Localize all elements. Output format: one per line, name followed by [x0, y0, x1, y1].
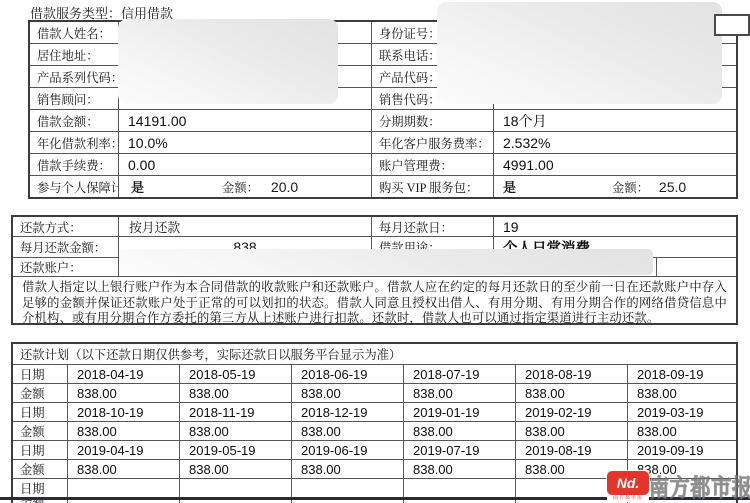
schedule-title: 还款计划（以下还款日期仅供参考，实际还款日以服务平台显示为准） [13, 344, 736, 364]
field-label: 年化客户服务费率： [372, 132, 494, 153]
amount-cell: 838.00 [292, 460, 404, 478]
amount-cell: 838.00 [68, 460, 180, 478]
date-cell: 2018-12-19 [292, 403, 404, 421]
amount-cell: 838.00 [68, 422, 180, 440]
table-row: 借款手续费： 0.00 账户管理费： 4991.00 [30, 154, 736, 176]
amount-cell: 838.00 [180, 384, 292, 402]
date-cell: 2018-11-19 [180, 403, 292, 421]
field-label: 借款手续费： [30, 154, 119, 175]
date-cell: 2019-09-19 [628, 441, 736, 459]
date-cell [404, 479, 516, 497]
date-cell: 2018-08-19 [516, 365, 628, 383]
field-label: 产品系列代码： [30, 66, 119, 87]
amount-cell: 838.00 [180, 460, 292, 478]
amount-cell: 838.00 [404, 422, 516, 440]
table-row: 借款金额： 14191.00 分期期数： 18个月 [30, 110, 736, 132]
date-row-label: 日期 [13, 403, 68, 421]
field-label: 借款人姓名： [30, 22, 119, 43]
field-value: 是 金额： 25.0 [494, 176, 736, 197]
amount-cell: 838.00 [68, 384, 180, 402]
notice-paragraph: 借款人指定以上银行账户作为本合同借款的收款账户和还款账户。借款人应在约定的每月还… [13, 277, 736, 327]
field-value: 0.00 [119, 154, 372, 175]
field-label: 每月还款日： [372, 217, 494, 236]
loan-contract-page: 借款服务类型：信用借款 借款人姓名： 身份证号： 居住地址： 联系电话： 产品系… [0, 0, 750, 503]
date-cell [68, 479, 180, 497]
field-value: 10.0% [119, 132, 372, 153]
nandu-logo: Nd. 南方都市报 [607, 471, 649, 502]
amount-cell: 838.00 [628, 384, 736, 402]
field-value: 4991.00 [494, 154, 736, 175]
field-value: 18个月 [494, 110, 736, 131]
date-row-label: 日期 [13, 479, 68, 497]
field-value: 14191.00 [119, 110, 372, 131]
amount-cell: 838.00 [292, 384, 404, 402]
date-cell: 2018-05-19 [180, 365, 292, 383]
field-value: 按月还款 [119, 217, 372, 236]
date-cell: 2018-10-19 [68, 403, 180, 421]
table-row: 日期 2018-10-19 2018-11-19 2018-12-19 2019… [13, 403, 736, 422]
field-value: 2.532% [494, 132, 736, 153]
amount-value: 20.0 [271, 179, 298, 195]
date-cell: 2018-06-19 [292, 365, 404, 383]
table-row: 借款人指定以上银行账户作为本合同借款的收款账户和还款账户。借款人应在约定的每月还… [13, 277, 736, 327]
date-cell: 2019-07-19 [404, 441, 516, 459]
vip-flag: 是 [503, 177, 516, 196]
field-label: 账户管理费： [372, 154, 494, 175]
date-cell [180, 479, 292, 497]
redaction-overlay-name [118, 19, 338, 104]
amount-row-label: 金额 [13, 422, 68, 440]
field-label: 还款方式： [13, 217, 119, 236]
field-label: 参与个人保障计划： [30, 176, 119, 197]
table-row: 还款方式： 按月还款 每月还款日： 19 [13, 217, 736, 237]
date-cell: 2019-04-19 [68, 441, 180, 459]
redaction-overlay-id [437, 2, 722, 104]
field-label: 分期期数： [372, 110, 494, 131]
date-cell: 2019-08-19 [516, 441, 628, 459]
table-row: 还款计划（以下还款日期仅供参考，实际还款日以服务平台显示为准） [13, 344, 736, 365]
watermark-text: 南方都市报 [649, 468, 750, 503]
table-row: 金额 838.00 838.00 838.00 838.00 838.00 83… [13, 384, 736, 403]
date-cell: 2019-06-19 [292, 441, 404, 459]
field-label: 年化借款利率： [30, 132, 119, 153]
date-cell: 2018-07-19 [404, 365, 516, 383]
table-row: 日期 2019-04-19 2019-05-19 2019-06-19 2019… [13, 441, 736, 460]
date-row-label: 日期 [13, 365, 68, 383]
date-cell: 2018-04-19 [68, 365, 180, 383]
date-cell: 2019-05-19 [180, 441, 292, 459]
amount-row-label: 金额 [13, 384, 68, 402]
date-cell [292, 479, 404, 497]
date-row-label: 日期 [13, 441, 68, 459]
amount-cell: 838.00 [516, 422, 628, 440]
amount-cell: 838.00 [404, 384, 516, 402]
table-row: 金额 838.00 838.00 838.00 838.00 838.00 83… [13, 422, 736, 441]
date-cell: 2018-09-19 [628, 365, 736, 383]
amount-cell: 838.00 [180, 422, 292, 440]
field-label: 每月还款金额： [13, 237, 119, 257]
date-cell: 2019-03-19 [628, 403, 736, 421]
insurance-flag: 是 [131, 177, 144, 196]
amount-row-label: 金额 [13, 460, 68, 478]
field-label: 借款金额： [30, 110, 119, 131]
field-label: 销售顾问： [30, 88, 119, 109]
date-cell: 2019-01-19 [404, 403, 516, 421]
field-label: 还款账户： [13, 258, 119, 276]
amount-cell: 838.00 [516, 384, 628, 402]
amount-value: 25.0 [659, 179, 686, 195]
field-value: 是 金额： 20.0 [119, 176, 372, 197]
table-row: 日期 2018-04-19 2018-05-19 2018-06-19 2018… [13, 365, 736, 384]
corner-box [714, 14, 750, 36]
nandu-logo-caption: 南方都市报 [607, 495, 649, 502]
field-value: 19 [494, 217, 736, 236]
field-label: 居住地址： [30, 44, 119, 65]
redaction-overlay-account [119, 249, 653, 275]
table-row: 年化借款利率： 10.0% 年化客户服务费率： 2.532% [30, 132, 736, 154]
amount-cell: 838.00 [628, 422, 736, 440]
amount-cell: 838.00 [292, 422, 404, 440]
amount-label: 金额： [222, 178, 259, 196]
empty-cell [657, 258, 736, 276]
amount-label: 金额： [612, 178, 649, 196]
table-row: 参与个人保障计划： 是 金额： 20.0 购买 VIP 服务包： 是 金额： 2… [30, 176, 736, 197]
date-cell: 2019-02-19 [516, 403, 628, 421]
amount-cell: 838.00 [404, 460, 516, 478]
field-label: 购买 VIP 服务包： [372, 176, 494, 197]
nandu-logo-icon: Nd. [607, 471, 649, 495]
doc-type-label: 借款服务类型： [30, 6, 121, 21]
